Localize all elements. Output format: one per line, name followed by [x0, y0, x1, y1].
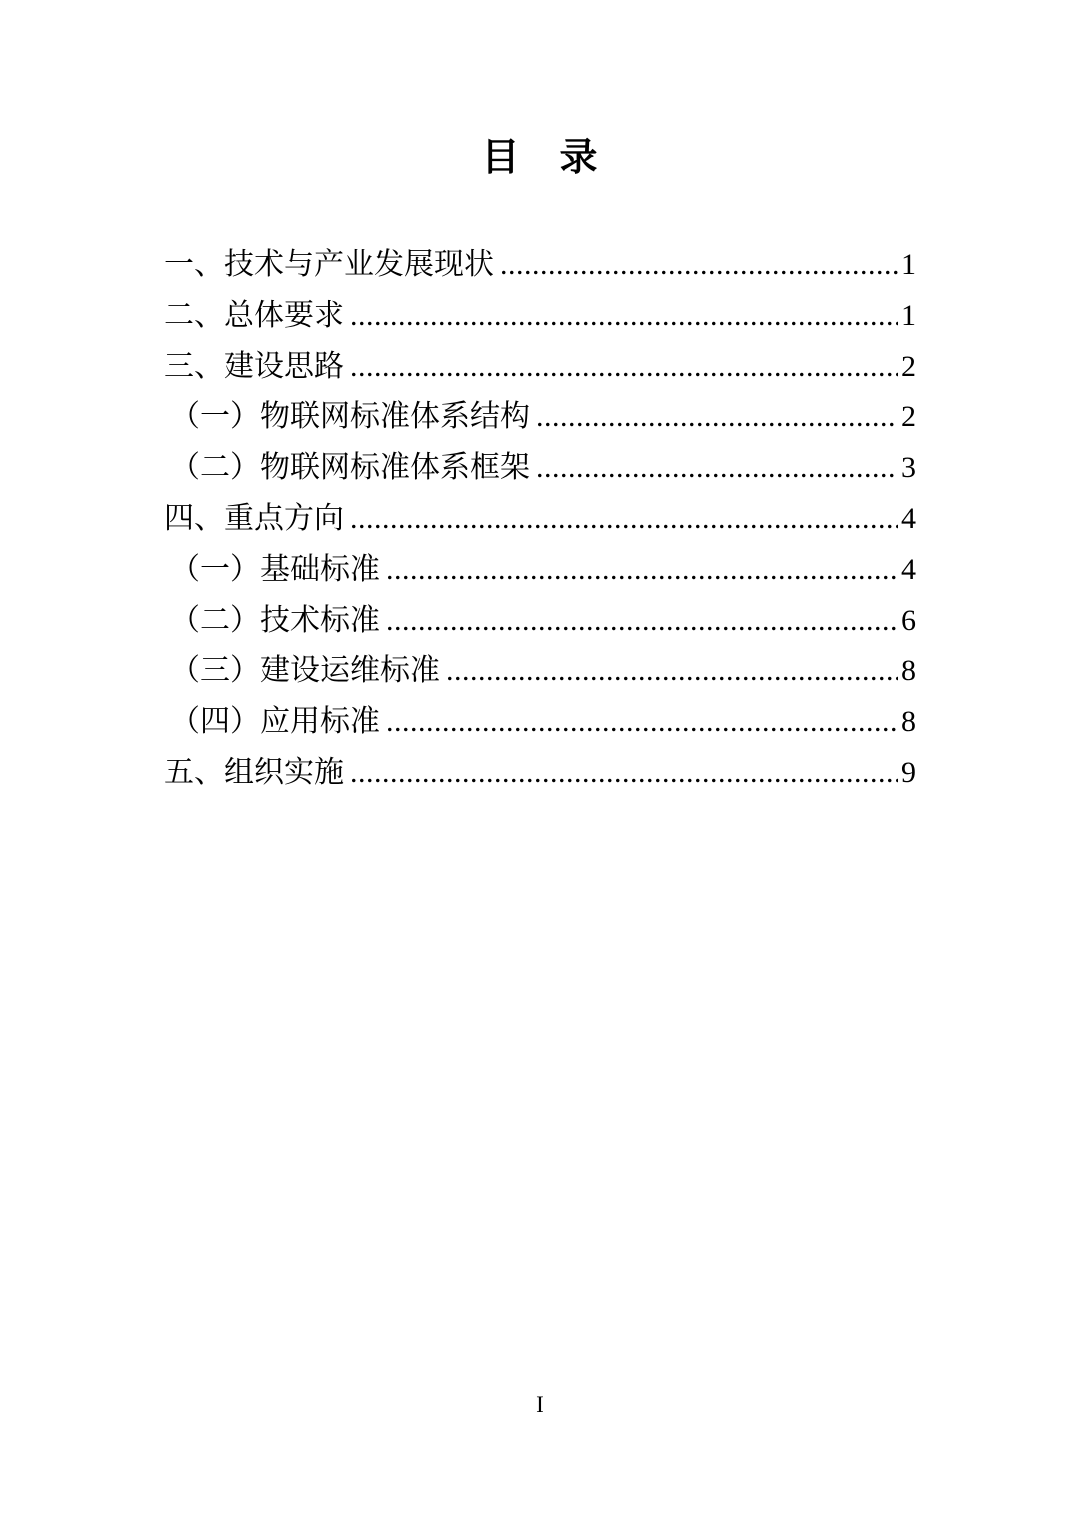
- toc-page-number: 3: [901, 443, 916, 494]
- toc-entry[interactable]: 一、技术与产业发展现状 1: [164, 240, 916, 291]
- toc-page-number: 8: [901, 697, 916, 748]
- toc-entry-label: （一）物联网标准体系结构: [170, 392, 530, 443]
- document-page: 目 录 一、技术与产业发展现状 1 二、总体要求 1 三、建设思路 2 （一）物…: [0, 0, 1080, 1527]
- toc-page-number: 1: [901, 291, 916, 342]
- toc-dot-leader: [446, 646, 898, 697]
- toc-entry-label: 三、建设思路: [164, 342, 344, 393]
- toc-dot-leader: [350, 494, 898, 545]
- toc-dot-leader: [350, 748, 898, 799]
- toc-list: 一、技术与产业发展现状 1 二、总体要求 1 三、建设思路 2 （一）物联网标准…: [164, 240, 916, 799]
- toc-entry[interactable]: （一）基础标准 4: [164, 545, 916, 596]
- toc-page-number: 4: [901, 494, 916, 545]
- toc-page-number: 2: [901, 342, 916, 393]
- toc-entry[interactable]: 三、建设思路 2: [164, 342, 916, 393]
- toc-page-number: 9: [901, 748, 916, 799]
- toc-entry[interactable]: （二）物联网标准体系框架 3: [164, 443, 916, 494]
- toc-page-number: 6: [901, 596, 916, 647]
- toc-page-number: 4: [901, 545, 916, 596]
- toc-entry[interactable]: （四）应用标准 8: [164, 697, 916, 748]
- footer-page-number: I: [0, 1393, 1080, 1417]
- toc-entry-label: 五、组织实施: [164, 748, 344, 799]
- page-title: 目 录: [0, 0, 1080, 178]
- toc-dot-leader: [386, 697, 898, 748]
- toc-dot-leader: [500, 240, 898, 291]
- toc-entry-label: （四）应用标准: [170, 697, 380, 748]
- toc-dot-leader: [386, 545, 898, 596]
- toc-entry[interactable]: （二）技术标准 6: [164, 596, 916, 647]
- toc-entry[interactable]: 四、重点方向 4: [164, 494, 916, 545]
- toc-entry-label: （一）基础标准: [170, 545, 380, 596]
- toc-entry[interactable]: 二、总体要求 1: [164, 291, 916, 342]
- toc-entry-label: （二）技术标准: [170, 596, 380, 647]
- toc-entry[interactable]: 五、组织实施 9: [164, 748, 916, 799]
- toc-entry-label: （二）物联网标准体系框架: [170, 443, 530, 494]
- toc-entry[interactable]: （一）物联网标准体系结构 2: [164, 392, 916, 443]
- toc-entry[interactable]: （三）建设运维标准 8: [164, 646, 916, 697]
- toc-dot-leader: [350, 291, 898, 342]
- toc-dot-leader: [536, 392, 898, 443]
- toc-entry-label: 二、总体要求: [164, 291, 344, 342]
- toc-page-number: 2: [901, 392, 916, 443]
- toc-page-number: 1: [901, 240, 916, 291]
- toc-dot-leader: [350, 342, 898, 393]
- toc-entry-label: （三）建设运维标准: [170, 646, 440, 697]
- toc-page-number: 8: [901, 646, 916, 697]
- toc-dot-leader: [536, 443, 898, 494]
- toc-entry-label: 一、技术与产业发展现状: [164, 240, 494, 291]
- toc-entry-label: 四、重点方向: [164, 494, 344, 545]
- toc-dot-leader: [386, 596, 898, 647]
